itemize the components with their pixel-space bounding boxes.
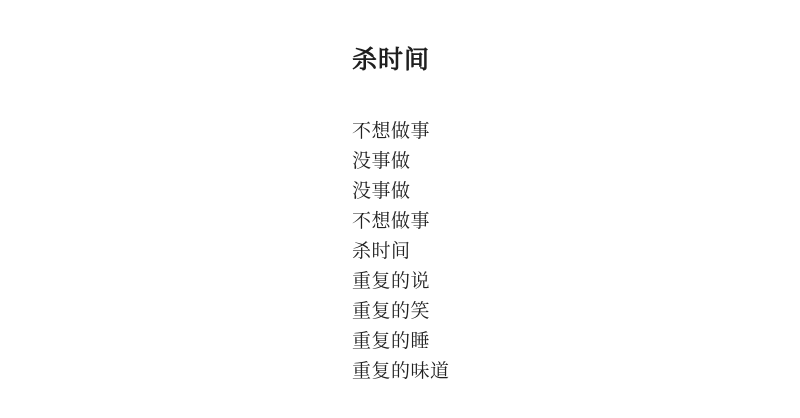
poem-line: 重复的味道 <box>352 357 772 387</box>
poem-line: 没事做 <box>352 147 772 177</box>
page: { "colors": { "background": "#ffffff", "… <box>0 0 800 418</box>
poem-line: 不想做事 <box>352 207 772 237</box>
page-title: 杀时间 <box>352 48 772 73</box>
poem-line: 重复的睡 <box>352 327 772 357</box>
poem-line: 重复的笑 <box>352 297 772 327</box>
poem-line: 杀时间 <box>352 237 772 267</box>
document-content: 杀时间 不想做事 没事做 没事做 不想做事 杀时间 重复的说 重复的笑 重复的睡… <box>352 48 772 387</box>
poem-line: 没事做 <box>352 177 772 207</box>
poem-line: 重复的说 <box>352 267 772 297</box>
poem-body: 不想做事 没事做 没事做 不想做事 杀时间 重复的说 重复的笑 重复的睡 重复的… <box>352 117 772 387</box>
poem-line: 不想做事 <box>352 117 772 147</box>
